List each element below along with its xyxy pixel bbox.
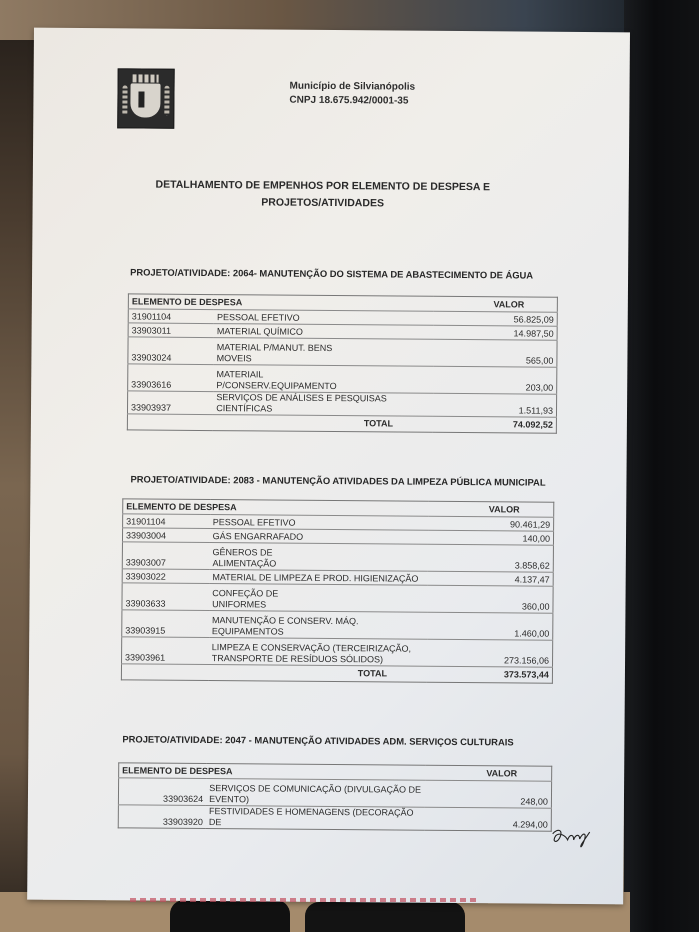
expense-code: 33903024 — [128, 337, 214, 365]
description-line-2: ALIMENTAÇÃO — [212, 558, 424, 571]
description-line-1: PESSOAL EFETIVO — [213, 517, 425, 530]
expense-code: 33903961 — [122, 637, 209, 665]
expense-value: 4.294,00 — [425, 807, 551, 831]
table-row: 33903616MATERIAILP/CONSERV.EQUIPAMENTO20… — [128, 364, 557, 394]
expense-value: 140,00 — [428, 530, 554, 545]
expense-value: 14.987,50 — [434, 325, 557, 340]
municipal-coat-of-arms-icon — [117, 68, 174, 128]
total-label: TOTAL — [121, 664, 427, 682]
expense-description: MATERIAL DE LIMPEZA E PROD. HIGIENIZAÇÃO — [209, 570, 427, 586]
title-line-1: DETALHAMENTO DE EMPENHOS POR ELEMENTO DE… — [123, 176, 523, 196]
expense-description: PESSOAL EFETIVO — [210, 515, 428, 531]
title-line-2: PROJETOS/ATIVIDADES — [123, 193, 523, 213]
expense-code: 33903022 — [122, 569, 209, 584]
cnpj-number: CNPJ 18.675.942/0001-35 — [289, 94, 415, 109]
description-line-1: SERVIÇOS DE ANÁLISES E PESQUISAS CIENTÍF… — [216, 392, 430, 416]
expense-value: 360,00 — [427, 585, 553, 613]
expense-code: 33903937 — [127, 391, 213, 415]
document-page: Município de Silvianópolis CNPJ 18.675.9… — [27, 28, 630, 905]
total-value: 74.092,52 — [433, 416, 556, 433]
expense-description: GÊNEROS DEALIMENTAÇÃO — [209, 543, 428, 572]
expense-value: 3.858,62 — [428, 544, 554, 572]
expense-value: 203,00 — [433, 366, 557, 394]
description-line-2: MOVEIS — [217, 353, 431, 366]
background-object — [305, 902, 465, 932]
expense-code: 33903915 — [122, 610, 209, 638]
expense-description: LIMPEZA E CONSERVAÇÃO (TERCEIRIZAÇÃO,TRA… — [209, 638, 428, 667]
table-row: 33903961LIMPEZA E CONSERVAÇÃO (TERCEIRIZ… — [122, 637, 553, 667]
municipality-name: Município de Silvianópolis — [289, 80, 415, 95]
expense-value: 565,00 — [433, 339, 557, 367]
description-line-1: GÁS ENGARRAFADO — [213, 531, 425, 544]
expense-code: 33903616 — [128, 364, 214, 392]
column-header-value: VALOR — [434, 296, 557, 312]
section-title-2064: PROJETO/ATIVIDADE: 2064- MANUTENÇÃO DO S… — [130, 266, 533, 280]
description-line-2: P/CONSERV.EQUIPAMENTO — [216, 380, 430, 393]
expense-code: 33903011 — [128, 323, 214, 338]
expense-table-2064: ELEMENTO DE DESPESAVALOR31901104PESSOAL … — [127, 293, 558, 433]
expense-description: SERVIÇOS DE ANÁLISES E PESQUISAS CIENTÍF… — [213, 392, 433, 417]
table-row: 33903007GÊNEROS DEALIMENTAÇÃO3.858,62 — [122, 542, 553, 572]
description-line-1: MATERIAL QUÍMICO — [217, 326, 431, 339]
description-line-2: EQUIPAMENTOS — [212, 626, 424, 639]
table-row: 33903937SERVIÇOS DE ANÁLISES E PESQUISAS… — [127, 391, 556, 417]
table-row: 33903920FESTIVIDADES E HOMENAGENS (DECOR… — [118, 805, 551, 831]
expense-value: 273.156,06 — [427, 639, 553, 667]
expense-table-2083: ELEMENTO DE DESPESAVALOR31901104PESSOAL … — [121, 498, 554, 683]
background-right — [624, 0, 699, 932]
table-total-row: TOTAL373.573,44 — [121, 664, 552, 683]
expense-value: 4.137,47 — [428, 571, 554, 586]
description-line-1: PESSOAL EFETIVO — [217, 312, 431, 325]
expense-value: 56.825,09 — [434, 311, 557, 326]
column-header-value: VALOR — [428, 501, 554, 517]
table-row: 33903915MANUTENÇÃO E CONSERV. MÁQ.EQUIPA… — [122, 610, 553, 640]
expense-code: 33903624 — [118, 778, 206, 806]
expense-code: 33903633 — [122, 583, 209, 611]
section-title-2083: PROJETO/ATIVIDADE: 2083 - MANUTENÇÃO ATI… — [130, 473, 545, 487]
expense-description: MANUTENÇÃO E CONSERV. MÁQ.EQUIPAMENTOS — [209, 611, 428, 640]
paper-edge — [130, 898, 480, 902]
description-line-1: MATERIAL DE LIMPEZA E PROD. HIGIENIZAÇÃO — [212, 572, 424, 585]
total-value: 373.573,44 — [427, 666, 553, 683]
expense-description: MATERIAILP/CONSERV.EQUIPAMENTO — [213, 365, 433, 394]
expense-value: 248,00 — [425, 780, 551, 808]
section-title-2047: PROJETO/ATIVIDADE: 2047 - MANUTENÇÃO ATI… — [122, 733, 513, 747]
expense-value: 1.511,93 — [433, 393, 557, 417]
expense-code: 33903007 — [122, 542, 209, 570]
expense-value: 90.461,29 — [428, 516, 554, 531]
table-row: 33903024MATERIAL P/MANUT. BENSMOVEIS565,… — [128, 337, 557, 367]
description-line-1: FESTIVIDADES E HOMENAGENS (DECORAÇÃO DE — [209, 806, 422, 830]
document-header: Município de Silvianópolis CNPJ 18.675.9… — [289, 80, 415, 109]
expense-code: 33903920 — [118, 805, 206, 829]
description-line-2: EVENTO) — [209, 794, 422, 807]
expense-value: 1.460,00 — [427, 612, 553, 640]
background-object — [170, 900, 290, 932]
description-line-2: TRANSPORTE DE RESÍDUOS SÓLIDOS) — [212, 653, 424, 666]
expense-code: 31901104 — [123, 514, 210, 529]
expense-description: MATERIAL QUÍMICO — [214, 324, 434, 340]
expense-description: SERVIÇOS DE COMUNICAÇÃO (DIVULGAÇÃO DEEV… — [206, 779, 425, 808]
table-row: 33903624SERVIÇOS DE COMUNICAÇÃO (DIVULGA… — [118, 778, 551, 808]
expense-description: PESSOAL EFETIVO — [214, 310, 434, 326]
expense-description: MATERIAL P/MANUT. BENSMOVEIS — [214, 338, 434, 367]
total-label: TOTAL — [127, 414, 433, 432]
column-header-value: VALOR — [425, 765, 551, 781]
table-total-row: TOTAL74.092,52 — [127, 414, 556, 433]
expense-description: GÁS ENGARRAFADO — [210, 529, 428, 545]
expense-description: FESTIVIDADES E HOMENAGENS (DECORAÇÃO DE — [206, 806, 425, 831]
handwritten-signature-icon — [550, 824, 594, 850]
expense-table-2047: ELEMENTO DE DESPESAVALOR33903624SERVIÇOS… — [118, 762, 553, 831]
expense-code: 33903004 — [122, 528, 209, 543]
expense-code: 31901104 — [128, 309, 214, 324]
description-line-2: UNIFORMES — [212, 599, 424, 612]
expense-description: CONFEÇÃO DEUNIFORMES — [209, 584, 428, 613]
document-title: DETALHAMENTO DE EMPENHOS POR ELEMENTO DE… — [123, 176, 523, 213]
table-row: 33903633CONFEÇÃO DEUNIFORMES360,00 — [122, 583, 553, 613]
